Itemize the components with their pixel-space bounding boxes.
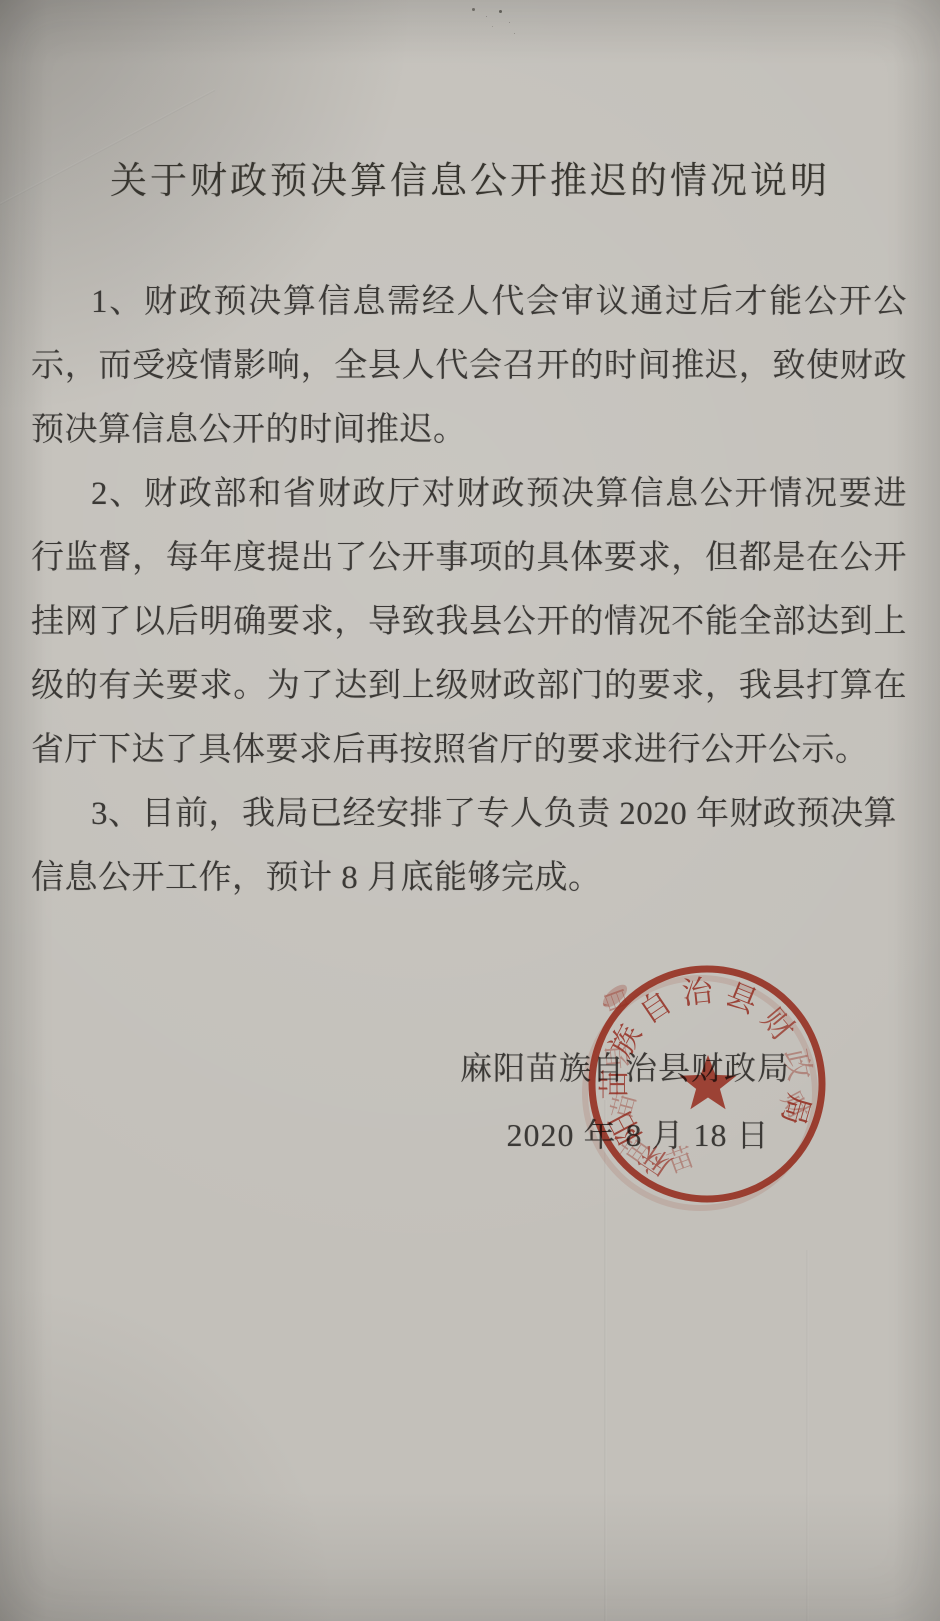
paper-crease (806, 1250, 809, 1621)
document-title: 关于财政预决算信息公开推迟的情况说明 (0, 150, 940, 204)
ink-specks (472, 8, 475, 11)
seal-ghost-char: 苗 (663, 1141, 699, 1178)
document-body: 1、财政预决算信息需经人代会审议通过后才能公开公 示，而受疫情影响，全县人代会召… (31, 270, 907, 910)
paragraph-3-line-1: 3、目前，我局已经安排了专人负责 2020 年财政预决算 (31, 782, 907, 846)
seal-ghost-char: 县 (602, 1041, 634, 1071)
paragraph-2-line-4: 级的有关要求。为了达到上级财政部门的要求，我县打算在 (31, 654, 907, 718)
scanned-document-page: 关于财政预决算信息公开推迟的情况说明 1、财政预决算信息需经人代会审议通过后才能… (0, 0, 940, 1621)
paragraph-3-line-2: 信息公开工作，预计 8 月底能够完成。 (31, 846, 907, 910)
paragraph-2-line-3: 挂网了以后明确要求，导致我县公开的情况不能全部达到上 (31, 590, 907, 654)
official-seal: 麻 阳 苗 族 自 治 县 财 政 局 自 县 苗 苗 苗 财 (579, 956, 835, 1212)
seal-char: 治 (680, 973, 715, 1011)
paragraph-1-line-3: 预决算信息公开的时间推迟。 (31, 398, 907, 462)
paragraph-2-line-5: 省厅下达了具体要求后再按照省厅的要求进行公开公示。 (31, 718, 907, 782)
paragraph-1-line-1: 1、财政预决算信息需经人代会审议通过后才能公开公 (31, 270, 907, 334)
star-icon (680, 1055, 737, 1109)
paragraph-2-line-2: 行监督，每年度提出了公开事项的具体要求，但都是在公开 (31, 526, 907, 590)
paragraph-2-line-1: 2、财政部和省财政厅对财政预决算信息公开情况要进 (31, 462, 907, 526)
paragraph-1-line-2: 示，而受疫情影响，全县人代会召开的时间推迟，致使财政 (31, 334, 907, 398)
